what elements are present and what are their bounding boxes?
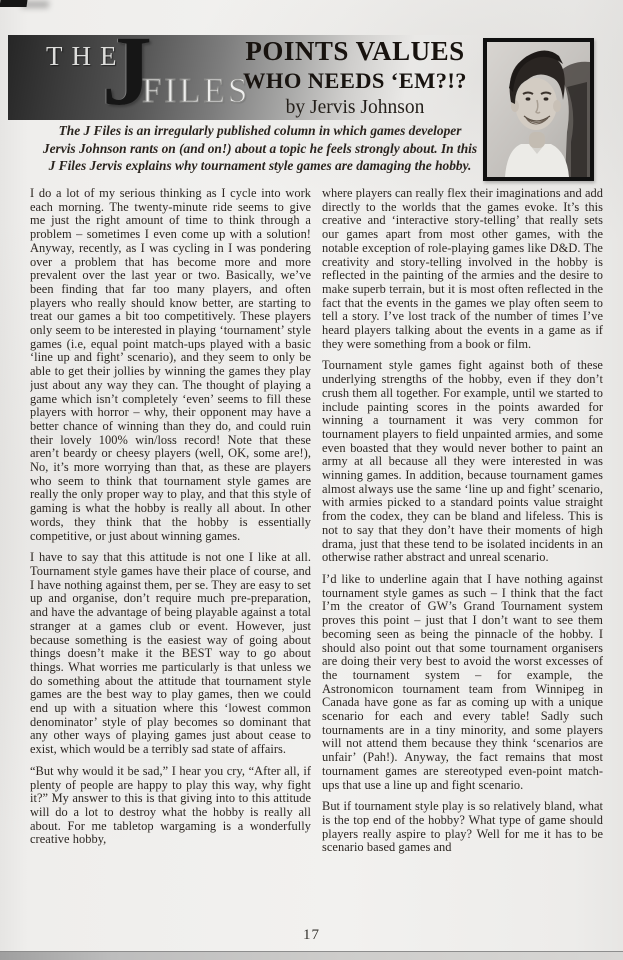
article-headline: POINTS VALUES WHO NEEDS ‘EM?!? by Jervis…	[226, 36, 484, 121]
paragraph: where players can really flex their imag…	[322, 187, 603, 351]
author-photo-illustration	[487, 42, 590, 177]
article-body: I do a lot of my serious thinking as I c…	[30, 187, 603, 939]
intro-paragraph: The J Files is an irregularly published …	[42, 122, 478, 175]
page-number: 17	[0, 927, 623, 944]
right-column: where players can really flex their imag…	[322, 187, 603, 939]
headline-line2: WHO NEEDS ‘EM?!?	[226, 67, 484, 95]
paragraph: “But why would it be sad,” I hear you cr…	[30, 765, 311, 847]
scan-artifact-top-left	[0, 0, 27, 7]
paragraph: Tournament style games fight against bot…	[322, 359, 603, 565]
paragraph: I do a lot of my serious thinking as I c…	[30, 187, 311, 543]
author-photo	[483, 38, 594, 181]
paragraph: But if tournament style play is so relat…	[322, 800, 603, 855]
left-column: I do a lot of my serious thinking as I c…	[30, 187, 311, 939]
paragraph: I have to say that this attitude is not …	[30, 551, 311, 757]
magazine-page: THE J FILES POINTS VALUES WHO NEEDS ‘EM?…	[0, 0, 623, 960]
headline-line1: POINTS VALUES	[226, 36, 484, 67]
scan-edge-bottom	[0, 951, 623, 960]
paragraph: I’d like to underline again that I have …	[322, 573, 603, 792]
byline: by Jervis Johnson	[226, 95, 484, 121]
